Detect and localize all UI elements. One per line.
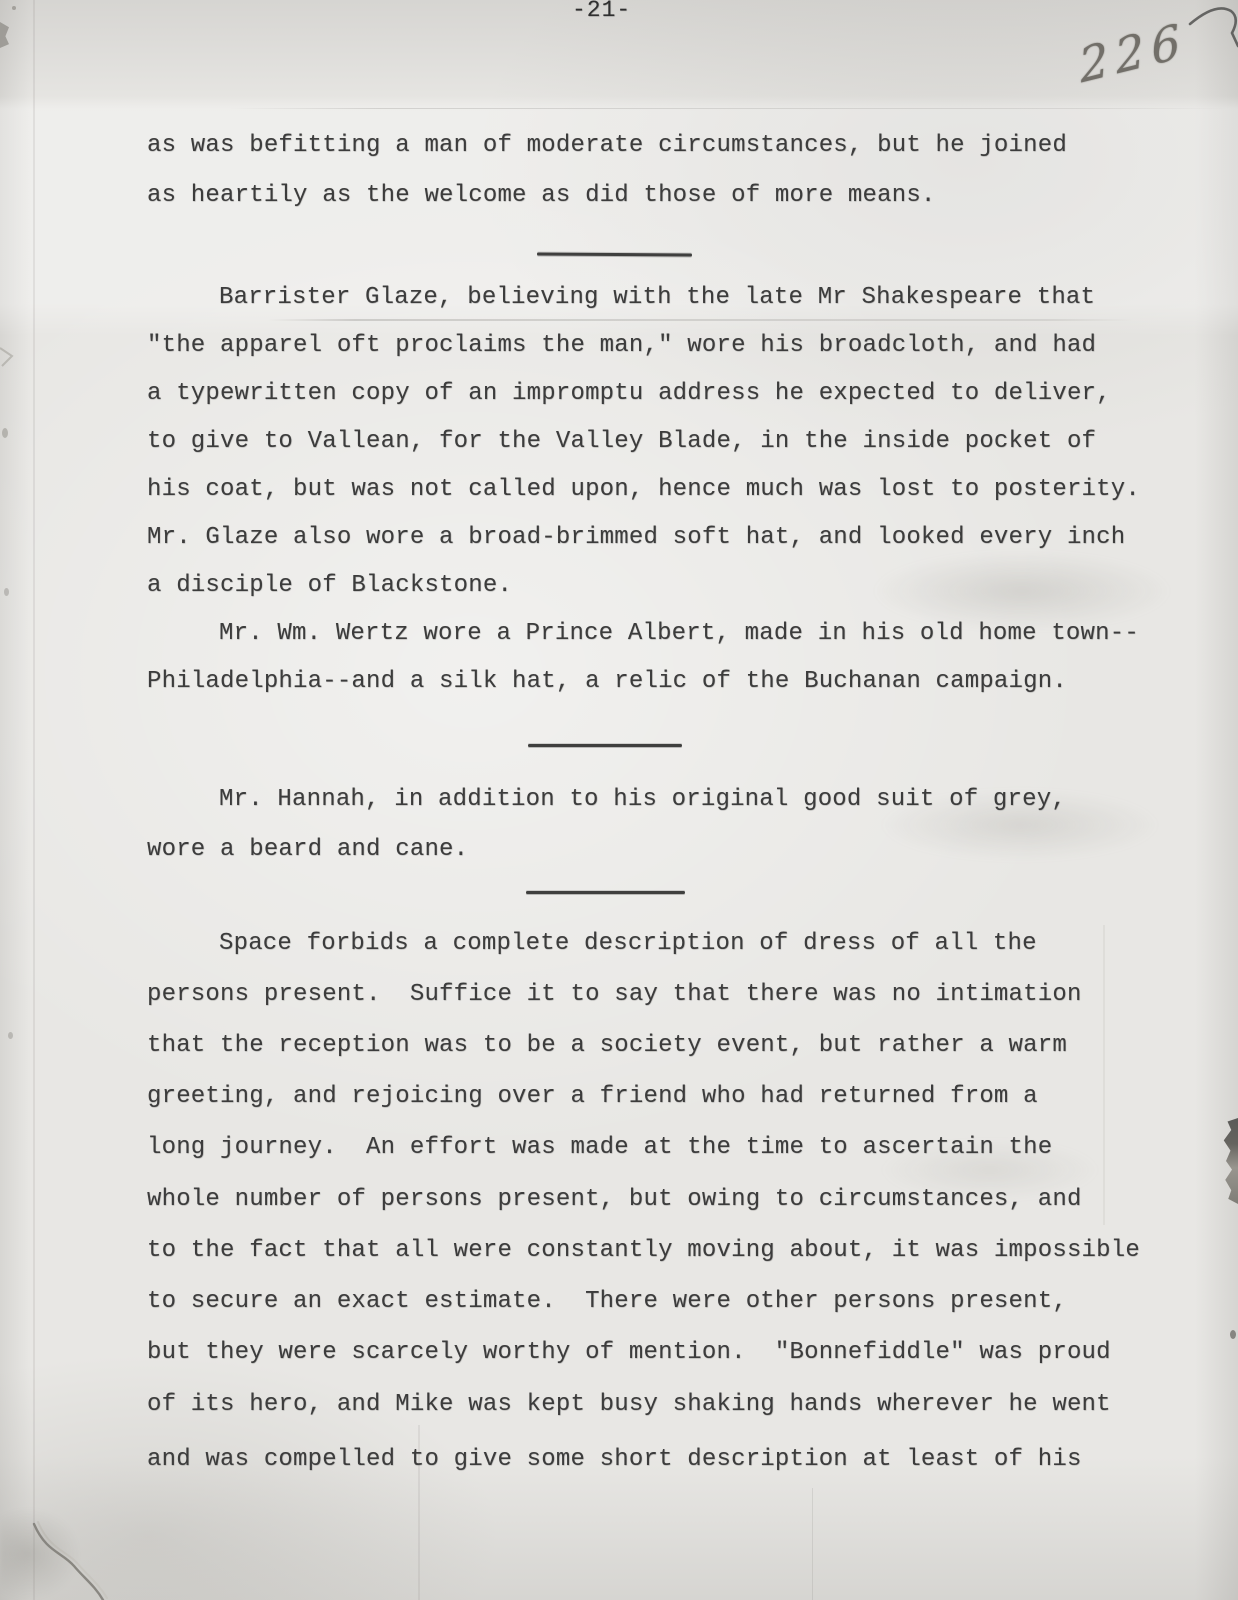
- paper-speck: [4, 588, 9, 596]
- paper-crease: [268, 319, 1134, 321]
- text-line: Philadelphia--and a silk hat, a relic of…: [147, 668, 1067, 696]
- text-line: wore a beard and cane.: [147, 836, 468, 864]
- text-line: a disciple of Blackstone.: [147, 572, 512, 600]
- paper-speck: [8, 1032, 13, 1039]
- text-line: to secure an exact estimate. There were …: [147, 1288, 1067, 1316]
- text-line: his coat, but was not called upon, hence…: [147, 476, 1140, 504]
- text-line: that the reception was to be a society e…: [147, 1032, 1067, 1060]
- page-number: -21-: [572, 0, 631, 23]
- torn-edge-mark: [0, 348, 12, 366]
- text-line: as heartily as the welcome as did those …: [147, 182, 936, 210]
- handwritten-folio-number: 226: [1077, 12, 1190, 94]
- text-line: a typewritten copy of an impromptu addre…: [147, 380, 1111, 408]
- right-edge-speck: [1230, 1330, 1236, 1339]
- text-line: Space forbids a complete description of …: [147, 930, 1037, 958]
- text-line: Mr. Wm. Wertz wore a Prince Albert, made…: [147, 620, 1139, 648]
- text-line: as was befitting a man of moderate circu…: [147, 132, 1067, 160]
- paper-crease: [230, 108, 1230, 109]
- text-line: greeting, and rejoicing over a friend wh…: [147, 1083, 1038, 1111]
- text-line: to the fact that all were constantly mov…: [147, 1237, 1140, 1265]
- left-edge-notch: [0, 22, 9, 48]
- text-line: of its hero, and Mike was kept busy shak…: [147, 1391, 1111, 1419]
- typed-separator-rule: [537, 252, 692, 256]
- text-line: but they were scarcely worthy of mention…: [147, 1339, 1111, 1367]
- text-line: to give to Vallean, for the Valley Blade…: [147, 428, 1096, 456]
- ink-bleed-through: [872, 552, 1172, 630]
- paper-crease: [33, 0, 35, 1600]
- text-line: "the apparel oft proclaims the man," wor…: [147, 332, 1096, 360]
- text-line: Mr. Glaze also wore a broad-brimmed soft…: [147, 524, 1125, 552]
- ink-stroke-mark: [1190, 8, 1238, 46]
- text-line: Mr. Hannah, in addition to his original …: [147, 786, 1066, 814]
- paper-speck: [2, 428, 8, 438]
- paper-speck: [12, 6, 16, 10]
- corner-smudge: [0, 1508, 80, 1600]
- text-line: persons present. Suffice it to say that …: [147, 981, 1082, 1009]
- typed-separator-rule: [528, 744, 682, 747]
- text-line: whole number of persons present, but owi…: [147, 1186, 1082, 1214]
- scanned-manuscript-page: -21- 226 as was befitting a man of moder…: [0, 0, 1238, 1600]
- right-edge-stain: [1223, 1118, 1238, 1204]
- text-line: long journey. An effort was made at the …: [147, 1134, 1052, 1162]
- paper-crease: [812, 1488, 813, 1600]
- text-line: and was compelled to give some short des…: [147, 1446, 1082, 1474]
- text-line: Barrister Glaze, believing with the late…: [147, 284, 1095, 312]
- paper-crease: [1103, 925, 1105, 1225]
- typed-separator-rule: [526, 891, 685, 894]
